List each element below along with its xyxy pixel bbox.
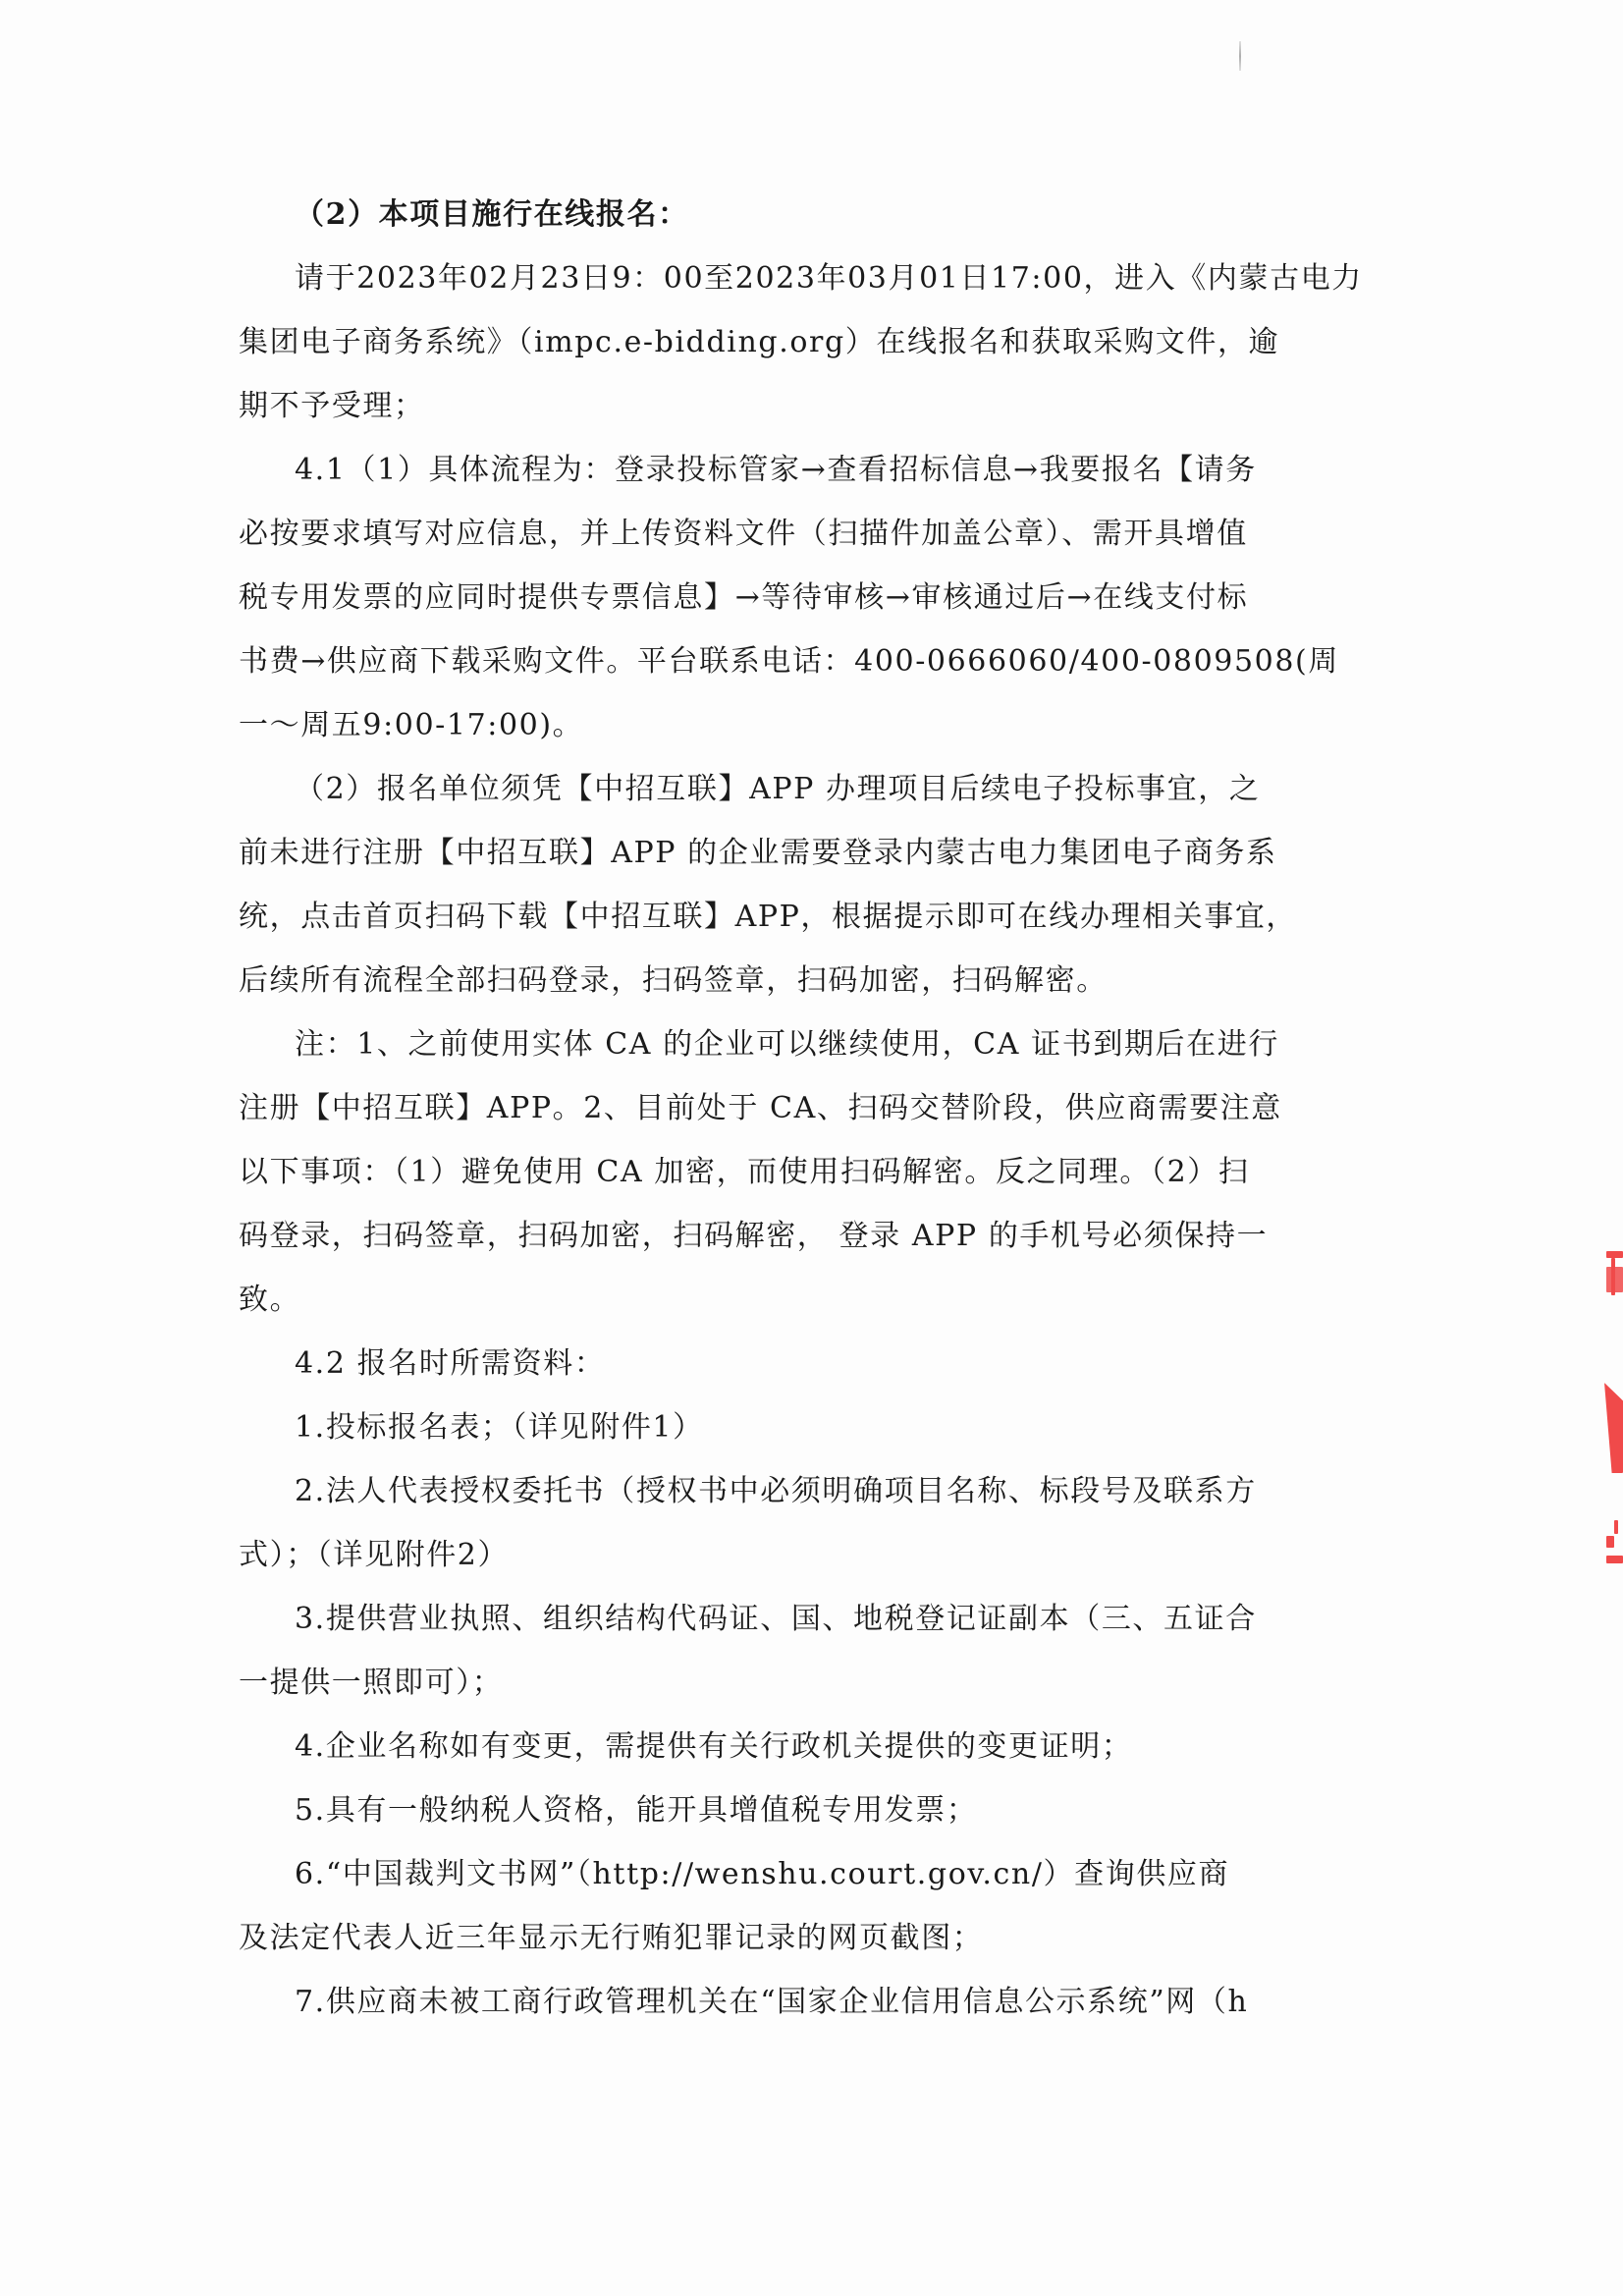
paragraph-line: 5.具有一般纳税人资格，能开具增值税专用发票； [239, 1778, 1314, 1842]
paragraph-line: 期不予受理； [239, 374, 1314, 438]
paragraph-line: 注册【中招互联】APP。2、目前处于 CA、扫码交替阶段，供应商需要注意 [239, 1076, 1314, 1140]
paragraph-line: 一～周五9:00-17:00)。 [239, 693, 1314, 757]
paragraph-line: 1.投标报名表；（详见附件1） [239, 1395, 1314, 1459]
paragraph-line: 后续所有流程全部扫码登录，扫码签章，扫码加密，扫码解密。 [239, 949, 1314, 1012]
paragraph-line: 书费→供应商下载采购文件。平台联系电话：400-0666060/400-0809… [239, 629, 1314, 693]
paragraph-line: 一提供一照即可）； [239, 1651, 1314, 1715]
paragraph-line: （2）报名单位须凭【中招互联】APP 办理项目后续电子投标事宜，之 [239, 757, 1314, 821]
paragraph-line: 4.2 报名时所需资料： [239, 1332, 1314, 1395]
paragraph-line: 码登录，扫码签章，扫码加密，扫码解密， 登录 APP 的手机号必须保持一 [239, 1204, 1314, 1268]
paragraph-line: 3.提供营业执照、组织结构代码证、国、地税登记证副本（三、五证合 [239, 1587, 1314, 1651]
paragraph-line: 前未进行注册【中招互联】APP 的企业需要登录内蒙古电力集团电子商务系 [239, 821, 1314, 885]
paragraph-line: 统，点击首页扫码下载【中招互联】APP，根据提示即可在线办理相关事宜， [239, 885, 1314, 949]
paragraph-line: 4.企业名称如有变更，需提供有关行政机关提供的变更证明； [239, 1715, 1314, 1778]
paragraph-line: 6.“中国裁判文书网”（http://wenshu.court.gov.cn/）… [239, 1842, 1314, 1906]
paragraph-line: 注：1、之前使用实体 CA 的企业可以继续使用，CA 证书到期后在进行 [239, 1012, 1314, 1076]
paragraph-line: 请于2023年02月23日9：00至2023年03月01日17:00，进入《内蒙… [239, 246, 1314, 310]
paragraph-line: 4.1（1）具体流程为：登录投标管家→查看招标信息→我要报名【请务 [239, 438, 1314, 502]
scan-artifact-mark [1239, 41, 1241, 71]
paragraph-line: 致。 [239, 1268, 1314, 1332]
red-seal-stamp-fragment [1602, 1245, 1623, 1569]
paragraph-line: 及法定代表人近三年显示无行贿犯罪记录的网页截图； [239, 1906, 1314, 1970]
paragraph-line: 7.供应商未被工商行政管理机关在“国家企业信用信息公示系统”网（h [239, 1970, 1314, 2034]
paragraph-line: 2.法人代表授权委托书（授权书中必须明确项目名称、标段号及联系方 [239, 1459, 1314, 1523]
document-page: （2）本项目施行在线报名：请于2023年02月23日9：00至2023年03月0… [0, 0, 1623, 2296]
paragraph-line: 税专用发票的应同时提供专票信息】→等待审核→审核通过后→在线支付标 [239, 566, 1314, 629]
paragraph-line: 式）；（详见附件2） [239, 1523, 1314, 1587]
document-body: （2）本项目施行在线报名：请于2023年02月23日9：00至2023年03月0… [239, 183, 1314, 2034]
paragraph-line: 必按要求填写对应信息，并上传资料文件（扫描件加盖公章）、需开具增值 [239, 502, 1314, 566]
paragraph-line: （2）本项目施行在线报名： [239, 183, 1314, 246]
paragraph-line: 集团电子商务系统》（impc.e-bidding.org）在线报名和获取采购文件… [239, 310, 1314, 374]
paragraph-line: 以下事项：（1）避免使用 CA 加密，而使用扫码解密。反之同理。（2）扫 [239, 1140, 1314, 1204]
